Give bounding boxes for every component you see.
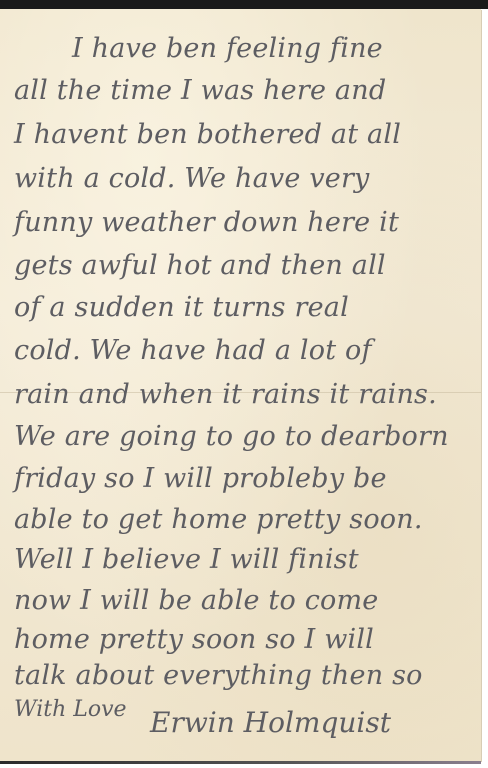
letter-line-16: talk about everything then so (14, 662, 423, 689)
letter-line-11: friday so I will probleby be (14, 465, 387, 492)
letter-closing: With Love (14, 697, 127, 722)
letter-line-8: cold. We have had a lot of (14, 337, 372, 364)
letter-paper: I have ben feeling fine all the time I w… (0, 9, 481, 761)
letter-line-5: funny weather down here it (14, 209, 399, 236)
scan-top-border (0, 0, 488, 9)
letter-line-7: of a sudden it turns real (14, 294, 349, 321)
letter-line-9: rain and when it rains it rains. (14, 381, 437, 408)
scan-bottom-border (0, 761, 481, 764)
letter-signature: Erwin Holmquist (150, 706, 391, 739)
letter-line-15: home pretty soon so I will (14, 626, 374, 653)
letter-line-14: now I will be able to come (14, 587, 378, 614)
letter-line-13: Well I believe I will finist (14, 546, 359, 573)
letter-line-3: I havent ben bothered at all (14, 121, 401, 148)
letter-line-4: with a cold. We have very (14, 165, 370, 192)
letter-line-2: all the time I was here and (14, 77, 386, 104)
letter-line-1: I have ben feeling fine (72, 35, 383, 62)
letter-line-10: We are going to go to dearborn (14, 423, 449, 450)
letter-line-12: able to get home pretty soon. (14, 506, 423, 533)
letter-line-6: gets awful hot and then all (14, 252, 386, 279)
letter-scan: I have ben feeling fine all the time I w… (0, 0, 488, 768)
